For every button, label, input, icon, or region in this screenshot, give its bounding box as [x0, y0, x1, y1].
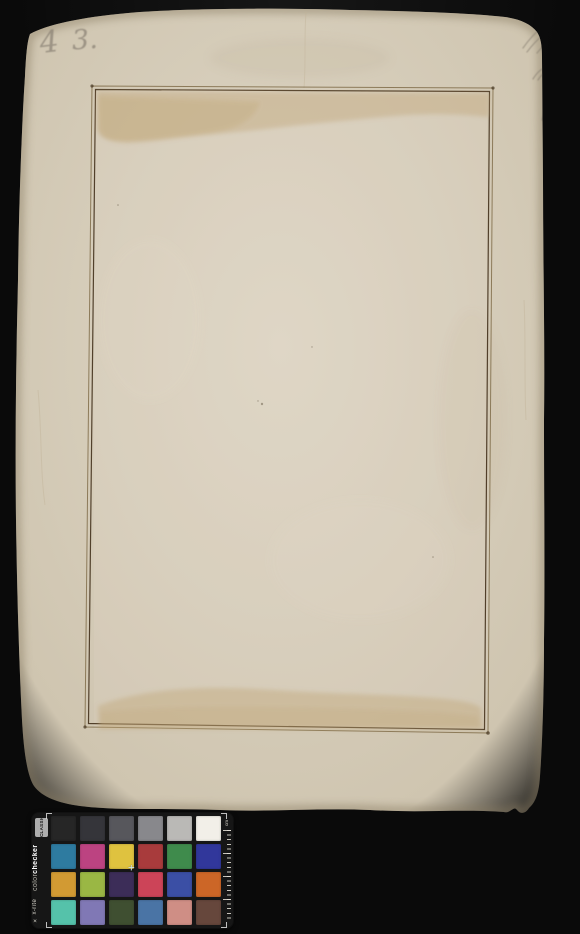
color-patch [51, 816, 76, 841]
color-patch [109, 900, 134, 925]
color-patch [80, 872, 105, 897]
scan-background: 4 3. CLASSIC [0, 0, 580, 934]
xrite-logo-icon: ✕ [32, 917, 38, 923]
color-patch [138, 816, 163, 841]
color-patch [167, 900, 192, 925]
registration-cross-icon: + [128, 862, 135, 873]
colorchecker-ruler: cm [222, 818, 231, 923]
color-patch [167, 816, 192, 841]
crop-mark-icon [46, 922, 52, 928]
color-patch [196, 900, 221, 925]
color-patch [196, 816, 221, 841]
color-patch [80, 900, 105, 925]
xrite-brand-label: x-rite [32, 899, 38, 915]
color-patch [51, 844, 76, 869]
color-patch [51, 872, 76, 897]
colorchecker-classic-badge: CLASSIC [35, 818, 48, 837]
color-patch [138, 872, 163, 897]
color-patch [109, 816, 134, 841]
colorchecker-product-name: colorchecker [32, 837, 51, 899]
inscription-number-left: 4 [37, 24, 61, 61]
color-patch [167, 844, 192, 869]
colorchecker-card: CLASSIC colorchecker ✕ x-rite + cm [32, 813, 233, 928]
ruler-unit-label: cm [222, 818, 231, 828]
colorchecker-product-light: color [32, 874, 39, 891]
ruler-major-ticks [223, 830, 231, 922]
color-patch [80, 816, 105, 841]
color-patch [138, 900, 163, 925]
xrite-brand: ✕ x-rite [32, 898, 51, 924]
inscription-number-right: 3. [71, 24, 99, 57]
document-page: 4 3. [0, 0, 580, 934]
color-patch [196, 844, 221, 869]
color-patch [51, 900, 76, 925]
frame-interior [94, 91, 487, 729]
color-patch [138, 844, 163, 869]
colorchecker-grid [51, 816, 221, 925]
crop-mark-icon [46, 813, 52, 819]
color-patch [196, 872, 221, 897]
colorchecker-product-bold: checker [32, 845, 39, 874]
color-patch [109, 872, 134, 897]
color-patch [167, 872, 192, 897]
color-patch [80, 844, 105, 869]
